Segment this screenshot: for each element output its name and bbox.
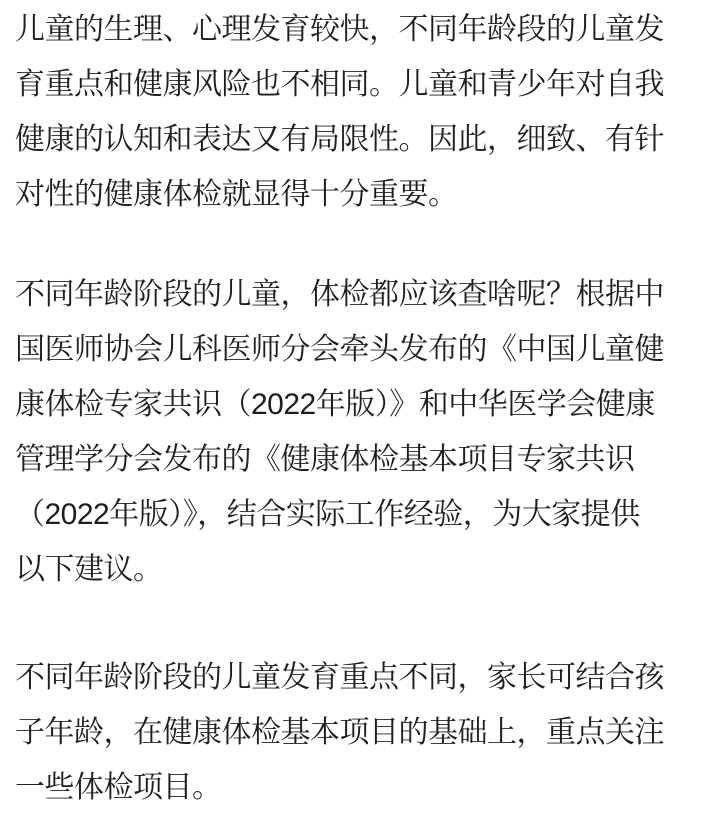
text-line: 以下建议。 bbox=[15, 542, 693, 597]
text-line: （2022年版）》，结合实际工作经验，为大家提供 bbox=[15, 487, 693, 542]
article-body: 儿童的生理、心理发育较快，不同年龄段的儿童发 育重点和健康风险也不相同。儿童和青… bbox=[0, 0, 703, 815]
text-line: 健康的认知和表达又有局限性。因此，细致、有针 bbox=[15, 112, 693, 167]
text-line: 一些体检项目。 bbox=[15, 760, 693, 815]
text-line: 育重点和健康风险也不相同。儿童和青少年对自我 bbox=[15, 57, 693, 112]
text-line: 不同年龄阶段的儿童发育重点不同，家长可结合孩 bbox=[15, 650, 693, 705]
text-line: 子年龄，在健康体检基本项目的基础上，重点关注 bbox=[15, 705, 693, 760]
text-line: 不同年龄阶段的儿童，体检都应该查啥呢？根据中 bbox=[15, 267, 693, 322]
text-line: 管理学分会发布的《健康体检基本项目专家共识 bbox=[15, 432, 693, 487]
paragraph-guidelines: 不同年龄阶段的儿童，体检都应该查啥呢？根据中 国医师协会儿科医师分会牵头发布的《… bbox=[15, 267, 693, 597]
paragraph-advice: 不同年龄阶段的儿童发育重点不同，家长可结合孩 子年龄，在健康体检基本项目的基础上… bbox=[15, 650, 693, 815]
paragraph-intro: 儿童的生理、心理发育较快，不同年龄段的儿童发 育重点和健康风险也不相同。儿童和青… bbox=[15, 2, 693, 222]
text-line: 康体检专家共识（2022年版）》和中华医学会健康 bbox=[15, 377, 693, 432]
text-line: 国医师协会儿科医师分会牵头发布的《中国儿童健 bbox=[15, 322, 693, 377]
text-line: 对性的健康体检就显得十分重要。 bbox=[15, 167, 693, 222]
text-line: 儿童的生理、心理发育较快，不同年龄段的儿童发 bbox=[15, 2, 693, 57]
